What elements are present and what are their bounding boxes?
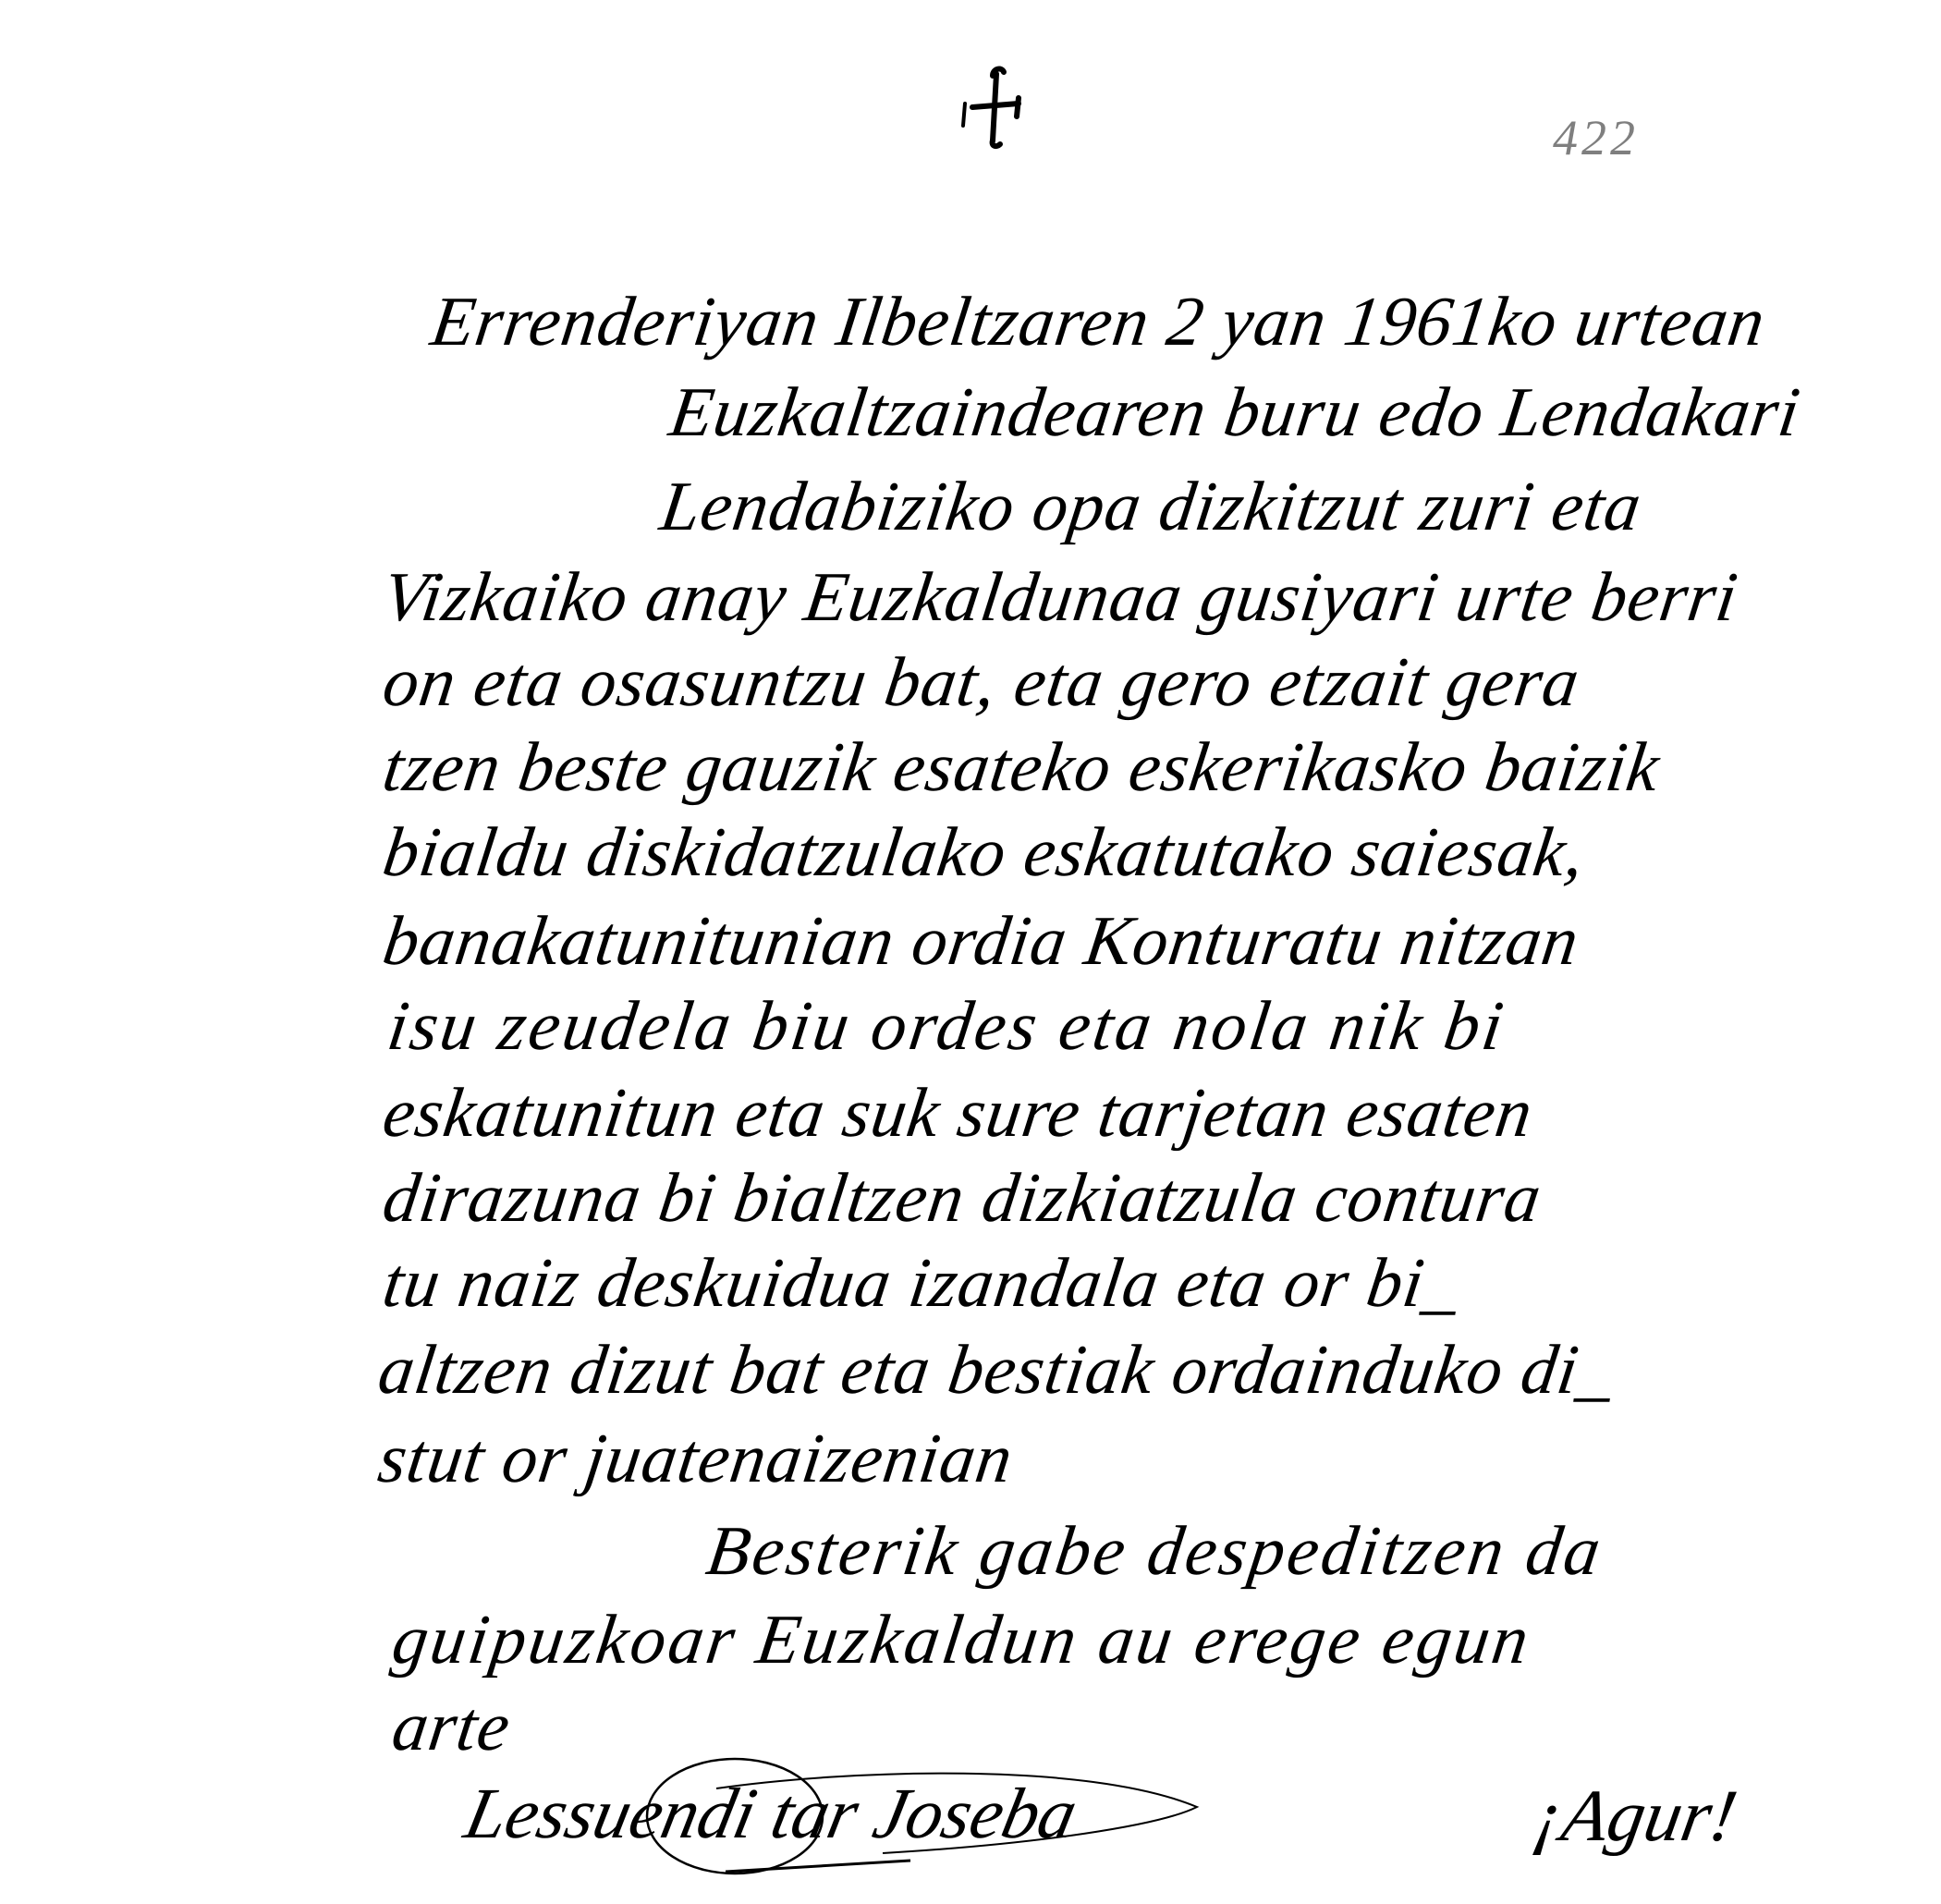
- letter-line-7: bialdu diskidatzulako eskatutako saiesak…: [379, 817, 1590, 887]
- letter-page: 422 Errenderiyan Ilbeltzaren 2 yan 1961k…: [0, 0, 1941, 1904]
- letter-line-5: on eta osasuntzu bat, eta gero etzait ge…: [379, 647, 1584, 717]
- letter-line-16: guipuzkoar Euzkaldun au erege egun: [388, 1605, 1535, 1675]
- letter-line-4: Vizkaiko anay Euzkaldunaa gusiyari urte …: [379, 562, 1742, 632]
- letter-line-1: Errenderiyan Ilbeltzaren 2 yan 1961ko ur…: [427, 287, 1770, 357]
- letter-line-15: Besterik gabe despeditzen da: [702, 1516, 1607, 1586]
- closing-greeting: ¡Agur!: [1527, 1775, 1743, 1859]
- letter-line-14: stut or juatenaizenian: [374, 1423, 1018, 1494]
- cross-icon: [961, 55, 1035, 157]
- letter-line-2: Euzkaltzaindearen buru edo Lendakari: [665, 377, 1804, 447]
- letter-line-3: Lendabiziko opa dizkitzut zuri eta: [656, 471, 1646, 542]
- letter-line-12: tu naiz deskuidua izandala eta or bi_: [379, 1248, 1465, 1318]
- letter-line-8: banakatunitunian ordia Konturatu nitzan: [379, 906, 1583, 976]
- signature: Lessuendi tar Joseba: [467, 1751, 1530, 1881]
- letter-line-10: eskatunitun eta suk sure tarjetan esaten: [379, 1078, 1537, 1148]
- letter-line-11: dirazuna bi bialtzen dizkiatzula contura: [379, 1163, 1545, 1233]
- letter-line-6: tzen beste gauzik esateko eskerikasko ba…: [379, 732, 1665, 802]
- letter-line-9: isu zeudela biu ordes eta nola nik bi: [384, 991, 1510, 1061]
- page-number: 422: [1553, 109, 1639, 166]
- letter-line-13: altzen dizut bat eta bestiak ordainduko …: [374, 1335, 1619, 1405]
- signature-name: Lessuendi tar Joseba: [458, 1772, 1084, 1855]
